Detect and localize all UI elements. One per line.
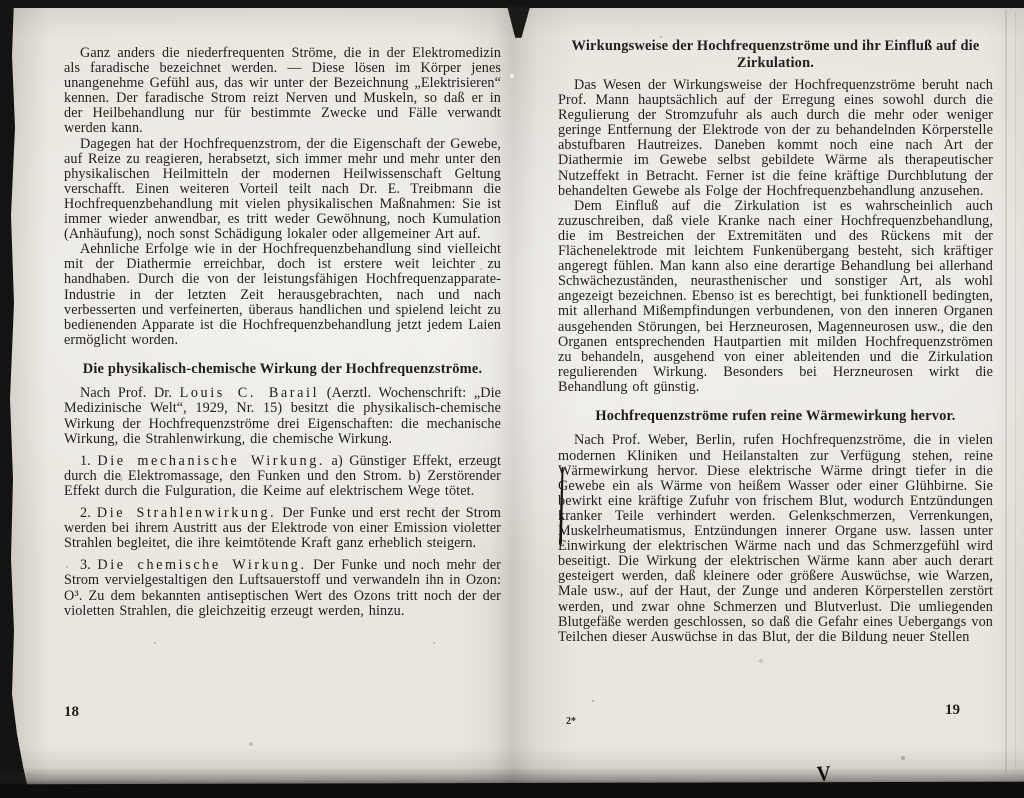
paragraph: Nach Prof. Dr. Louis C. Barail (Aerztl. … <box>64 386 501 446</box>
text-run: Das Wesen der Wirkungsweise der Hochfreq… <box>558 77 993 199</box>
text-run: Dagegen hat der Hochfrequenzstrom, der d… <box>64 136 501 243</box>
book-scan: Ganz anders die niederfrequenten Ströme,… <box>0 0 1024 798</box>
page-number-left: 18 <box>64 704 79 721</box>
section-heading: Hochfrequenzströme rufen reine Wärmewirk… <box>558 408 993 425</box>
page-stack-edge-line <box>1005 10 1007 772</box>
page-stack-edge-line-2 <box>1015 12 1016 770</box>
text-run: 2. <box>80 505 97 521</box>
paragraph: Das Wesen der Wirkungsweise der Hochfreq… <box>558 78 993 199</box>
paragraph: Dagegen hat der Hochfrequenzstrom, der d… <box>64 137 501 243</box>
page-number-right: 19 <box>880 702 960 719</box>
letterspaced-emphasis: Louis C. Barail <box>180 385 320 401</box>
section-heading: Die physikalisch-chemische Wirkung der H… <box>64 361 501 378</box>
printers-signature-mark: 2* <box>566 716 576 727</box>
text-run: Nach Prof. Dr. <box>80 385 180 401</box>
paragraph: Aehnliche Erfolge wie in der Hochfrequen… <box>64 242 501 348</box>
page-right-text-column: Wirkungsweise der Hochfrequenzströme und… <box>558 38 993 645</box>
section-heading: Wirkungsweise der Hochfrequenzströme und… <box>558 38 993 71</box>
page-left-text-column: Ganz anders die niederfrequenten Ströme,… <box>64 46 501 619</box>
text-run: Nach Prof. Weber, Berlin, rufen Hochfreq… <box>558 432 993 644</box>
paragraph: 1. Die mechanische Wirkung. a) Günstiger… <box>64 454 501 499</box>
text-run: 1. <box>80 453 97 469</box>
text-run: Aehnliche Erfolge wie in der Hochfrequen… <box>64 241 501 348</box>
paragraph: 3. Die chemische Wirkung. Der Funke und … <box>64 558 501 618</box>
text-run: Ganz anders die niederfrequenten Ströme,… <box>64 45 501 136</box>
paragraph: Ganz anders die niederfrequenten Ströme,… <box>64 46 501 137</box>
paragraph: 2. Die Strahlenwirkung. Der Funke und er… <box>64 506 501 551</box>
letterspaced-emphasis: Die chemische Wirkung. <box>97 557 306 573</box>
paragraph: Nach Prof. Weber, Berlin, rufen Hochfreq… <box>558 433 993 644</box>
letterspaced-emphasis: Die mechanische Wirkung. <box>97 453 325 469</box>
paragraph: Dem Einfluß auf die Zirkulation ist es w… <box>558 199 993 395</box>
text-run: Dem Einfluß auf die Zirkulation ist es w… <box>558 198 993 395</box>
scan-edge-bottom <box>0 782 1024 798</box>
text-run: 3. <box>80 557 97 573</box>
letterspaced-emphasis: Die Strahlenwirkung. <box>97 505 276 521</box>
